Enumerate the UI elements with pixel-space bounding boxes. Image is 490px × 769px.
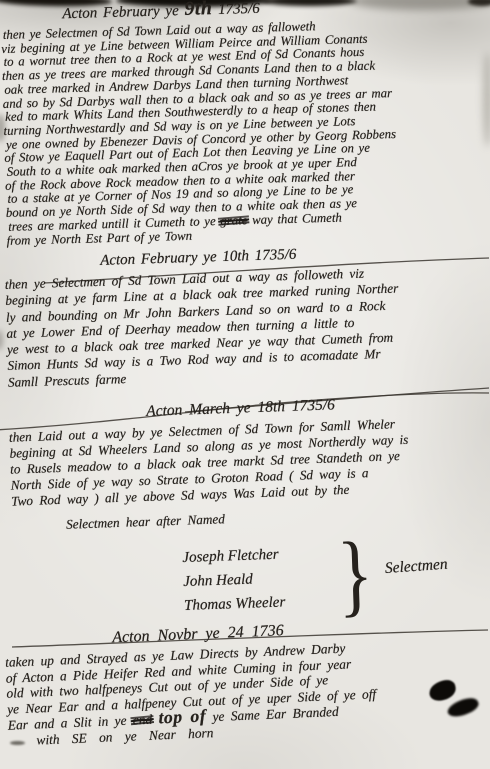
brace-glyph: } [336, 527, 375, 620]
entry-body: then Laid out a way by ye Selectmen of S… [1, 412, 490, 535]
bold-ink-word: 9th [184, 0, 212, 20]
entry-body: taken up and Strayed as ye Law Directs b… [1, 634, 490, 750]
record-entry-mar-18-1735: Acton March ye 18th 1735/6 then Laid out… [0, 390, 490, 535]
struck-out-word: grate [220, 213, 247, 228]
signature-names: Joseph FletcherJohn HealdThomas Wheeler [182, 536, 484, 618]
manuscript-page: Acton February ye 9th 1735/6 then ye Sel… [0, 0, 490, 769]
record-entry-nov-24-1736: Acton Novbr ye 24 1736 taken up and Stra… [0, 613, 490, 750]
entry-body: then ye Selectmen of Sd Town Laid out a … [1, 15, 490, 248]
signature-block: Joseph FletcherJohn HealdThomas Wheeler … [182, 536, 484, 618]
record-entry-feb-10-1735: Acton February ye 10th 1735/6 then ye Se… [0, 240, 490, 391]
record-entry-feb-9-1735: Acton February ye 9th 1735/6 then ye Sel… [0, 0, 490, 248]
struck-out-word: end [133, 712, 153, 728]
entry-body: then ye Selectmen of Sd Town Laid out a … [1, 261, 490, 391]
bold-ink-word: top of [158, 706, 207, 728]
